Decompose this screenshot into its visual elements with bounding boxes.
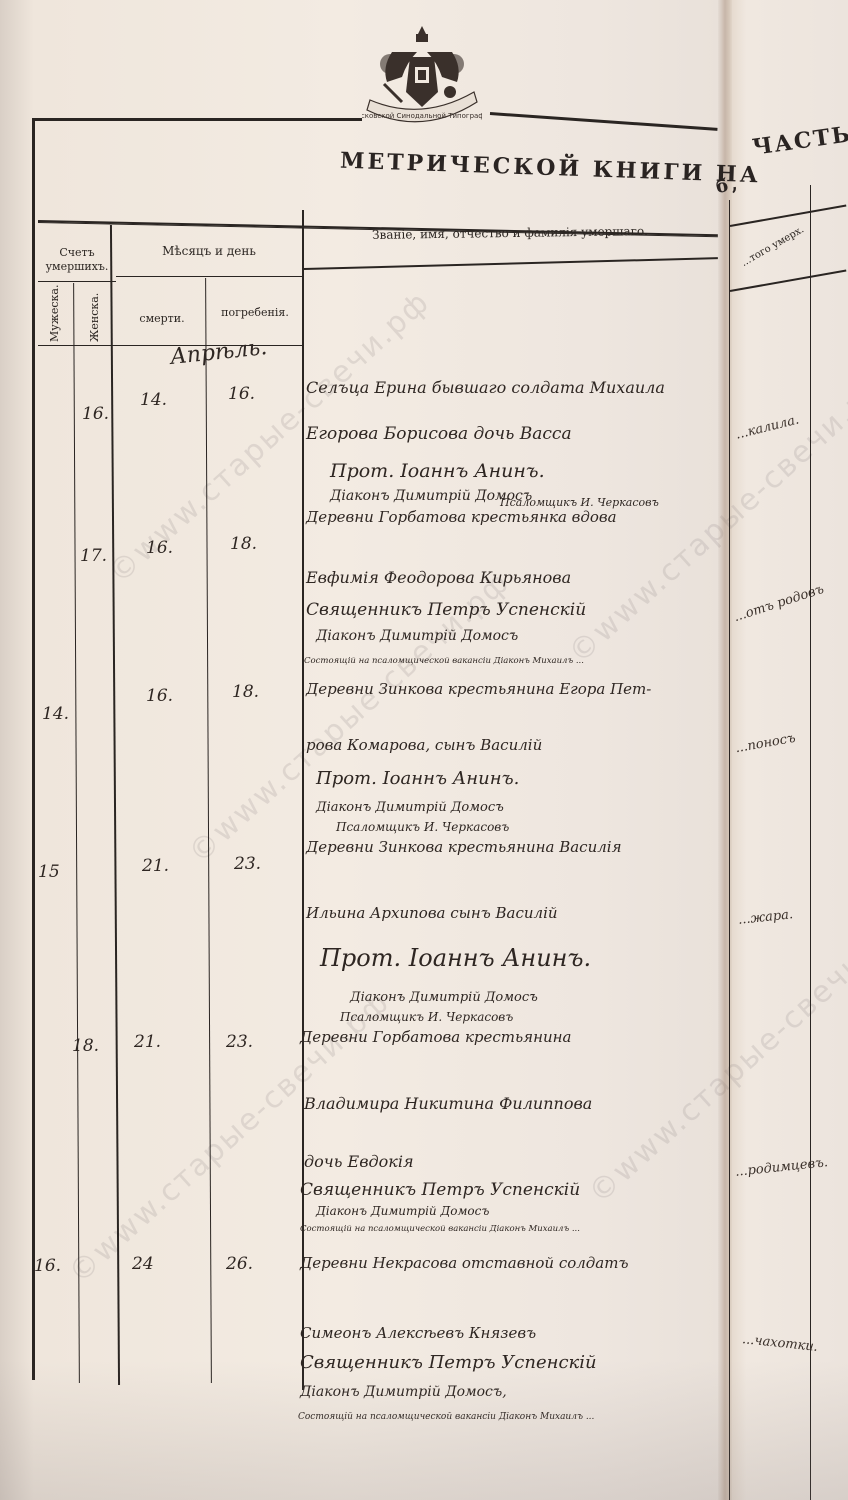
psalmist-signature: Псаломщикъ И. Черкасовъ — [336, 820, 509, 834]
record-line: Владимира Никитина Филиппова — [304, 1094, 592, 1113]
cause-of-death: ...чахотки. — [741, 1332, 818, 1355]
cause-of-death: ...родимцевъ. — [734, 1155, 828, 1180]
record-line: Деревни Некрасова отставной солдатъ — [300, 1254, 628, 1272]
burial-day: 16. — [228, 384, 255, 404]
header-bottom-rule-name — [304, 257, 718, 270]
right-page-subheader-rule — [730, 270, 847, 292]
female-count: 17. — [80, 546, 107, 566]
col-divider-count-date — [110, 225, 120, 1385]
header-burial: погребенія. — [208, 306, 302, 320]
header-right-page: ...того умерх. — [731, 218, 816, 275]
death-day: 21. — [142, 856, 169, 876]
count-subheader-rule — [38, 281, 116, 282]
cause-of-death: ...отъ родовъ — [732, 582, 826, 625]
frame-top-mid — [490, 112, 718, 131]
frame-top-left — [32, 118, 362, 121]
deacon-signature: Діаконъ Димитрій Домосъ — [316, 1204, 489, 1218]
priest-signature: Священникъ Петръ Успенскій — [306, 600, 586, 620]
male-count: 14. — [42, 704, 69, 724]
header-death: смерти. — [116, 312, 208, 326]
book-part-title: ЧАСТЬ — [751, 121, 848, 161]
priest-signature: Прот. Іоаннъ Анинъ. — [330, 460, 545, 482]
burial-day: 18. — [232, 682, 259, 702]
cause-of-death: ...поносъ — [734, 731, 797, 756]
double-headed-eagle-emblem-icon: Московской Синодальной Типографии — [362, 22, 482, 132]
burial-day: 18. — [230, 534, 257, 554]
record-line: рова Комарова, сынъ Василій — [306, 736, 542, 754]
deacon-signature: Діаконъ Димитрій Домосъ — [316, 800, 504, 815]
record-line: Егорова Борисова дочь Васса — [306, 424, 572, 444]
record-line: Симеонъ Алексѣевъ Князевъ — [300, 1324, 536, 1342]
metric-book-page: ©www.старые-свечи.рф ©www.старые-свечи.р… — [0, 0, 848, 1500]
record-line: Деревни Горбатова крестьянка вдова — [306, 508, 617, 526]
male-count: 16. — [34, 1256, 61, 1276]
death-day: 14. — [140, 390, 167, 410]
death-day: 16. — [146, 538, 173, 558]
female-count: 18. — [72, 1036, 99, 1056]
header-deceased-count: Счетъ умершихъ. — [38, 246, 116, 274]
death-day: 16. — [146, 686, 173, 706]
record-line: Деревни Зинкова крестьянина Егора Пет- — [306, 680, 651, 698]
title-fragment: б, — [714, 173, 742, 198]
death-day: 21. — [134, 1032, 161, 1052]
header-male: Мужеска. — [48, 290, 61, 342]
record-line: дочь Евдокія — [304, 1152, 414, 1171]
cause-of-death: ...жара. — [737, 907, 793, 928]
deacon-signature: Діаконъ Димитрій Домосъ — [350, 990, 538, 1005]
header-month-day: Мѣсяцъ и день — [116, 244, 302, 258]
record-line: Деревни Зинкова крестьянина Василія — [306, 838, 622, 856]
page-shadow — [0, 1360, 848, 1500]
deacon-signature: Діаконъ Димитрій Домосъ — [316, 628, 518, 644]
date-subheader-rule — [116, 276, 302, 277]
burial-day: 23. — [226, 1032, 253, 1052]
record-line: Ильина Архипова сынъ Василій — [306, 904, 558, 922]
right-page-header-rule — [730, 205, 847, 227]
acting-psalmist-signature: Состоящій на псаломщической вакансіи Діа… — [304, 656, 584, 666]
emblem-ribbon-text: Московской Синодальной Типографии — [362, 112, 482, 120]
record-line: Селъца Ерина бывшаго солдата Михаила — [306, 378, 665, 397]
burial-day: 26. — [226, 1254, 253, 1274]
cause-of-death: ...калила. — [734, 412, 800, 442]
priest-signature: Священникъ Петръ Успенскій — [300, 1180, 580, 1200]
col-divider-male-female — [73, 283, 80, 1383]
right-page-col-divider — [810, 185, 811, 1500]
right-page-left-border — [729, 200, 730, 1500]
frame-left-border — [32, 118, 35, 1380]
header-female: Женска. — [88, 290, 101, 342]
psalmist-signature: Псаломщикъ И. Черкасовъ — [340, 1010, 513, 1024]
priest-signature: Прот. Іоаннъ Анинъ. — [320, 944, 591, 972]
priest-signature: Прот. Іоаннъ Анинъ. — [316, 768, 519, 789]
record-line: Евфимія Феодорова Кирьянова — [306, 568, 571, 587]
book-title: МЕТРИЧЕСКОЙ КНИГИ НА — [340, 148, 761, 189]
month-label: Апрѣль. — [169, 335, 268, 370]
acting-psalmist-signature: Состоящій на псаломщической вакансіи Діа… — [300, 1224, 580, 1234]
burial-day: 23. — [234, 854, 261, 874]
record-line: Деревни Горбатова крестьянина — [300, 1028, 571, 1046]
death-day: 24 — [132, 1254, 154, 1274]
col-divider-death-burial — [205, 278, 212, 1383]
col-divider-date-name — [302, 210, 304, 1390]
female-count: 16. — [82, 404, 109, 424]
male-count: 15 — [38, 862, 60, 882]
